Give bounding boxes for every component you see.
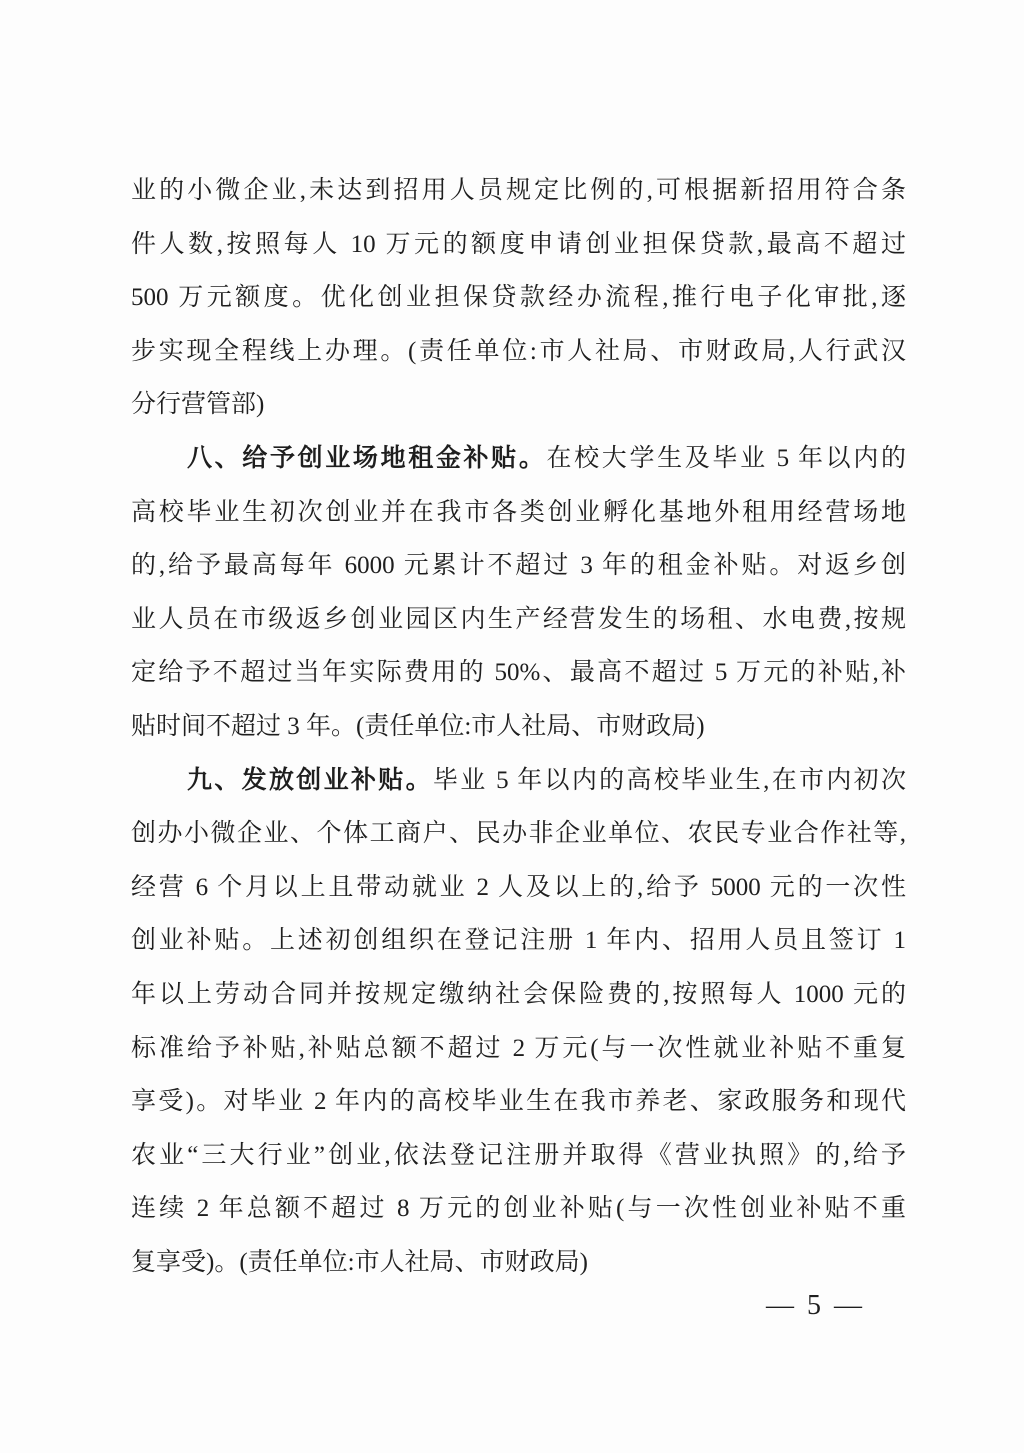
text-line: 步实现全程线上办理。(责任单位:市人社局、市财政局,人行武汉 [131, 325, 906, 379]
body-text-segment: 农业“三大行业”创业,依法登记注册并取得《营业执照》的,给予 [131, 1142, 906, 1169]
body-text-segment: 毕业 5 年以内的高校毕业生,在市内初次 [433, 767, 906, 794]
text-line: 年以上劳动合同并按规定缴纳社会保险费的,按照每人 1000 元的 [131, 968, 906, 1022]
text-line: 享受)。对毕业 2 年内的高校毕业生在我市养老、家政服务和现代 [131, 1075, 906, 1129]
text-line: 贴时间不超过 3 年。(责任单位:市人社局、市财政局) [131, 700, 906, 754]
body-text-segment: 高校毕业生初次创业并在我市各类创业孵化基地外租用经营场地 [131, 499, 906, 526]
body-text-segment: 业人员在市级返乡创业园区内生产经营发生的场租、水电费,按规 [131, 606, 906, 633]
text-line: 创办小微企业、个体工商户、民办非企业单位、农民专业合作社等, [131, 807, 906, 861]
text-line: 高校毕业生初次创业并在我市各类创业孵化基地外租用经营场地 [131, 486, 906, 540]
text-line: 九、发放创业补贴。毕业 5 年以内的高校毕业生,在市内初次 [131, 754, 906, 808]
text-line: 复享受)。(责任单位:市人社局、市财政局) [131, 1236, 906, 1290]
body-text-segment: 创办小微企业、个体工商户、民办非企业单位、农民专业合作社等, [131, 820, 906, 847]
body-text-segment: 500 万元额度。优化创业担保贷款经办流程,推行电子化审批,逐 [131, 284, 906, 311]
text-line: 件人数,按照每人 10 万元的额度申请创业担保贷款,最高不超过 [131, 218, 906, 272]
text-line: 标准给予补贴,补贴总额不超过 2 万元(与一次性就业补贴不重复 [131, 1022, 906, 1076]
text-line: 经营 6 个月以上且带动就业 2 人及以上的,给予 5000 元的一次性 [131, 861, 906, 915]
document-page: 业的小微企业,未达到招用人员规定比例的,可根据新招用符合条件人数,按照每人 10… [0, 0, 1024, 1453]
text-line: 业人员在市级返乡创业园区内生产经营发生的场租、水电费,按规 [131, 593, 906, 647]
section-heading: 八、给予创业场地租金补贴。 [187, 444, 547, 472]
text-line: 业的小微企业,未达到招用人员规定比例的,可根据新招用符合条 [131, 164, 906, 218]
section-heading: 九、发放创业补贴。 [187, 766, 433, 794]
body-text-segment: 业的小微企业,未达到招用人员规定比例的,可根据新招用符合条 [131, 177, 906, 204]
text-line: 500 万元额度。优化创业担保贷款经办流程,推行电子化审批,逐 [131, 271, 906, 325]
text-line: 分行营管部) [131, 378, 906, 432]
text-line: 连续 2 年总额不超过 8 万元的创业补贴(与一次性创业补贴不重 [131, 1182, 906, 1236]
text-line: 的,给予最高每年 6000 元累计不超过 3 年的租金补贴。对返乡创 [131, 539, 906, 593]
body-text-segment: 享受)。对毕业 2 年内的高校毕业生在我市养老、家政服务和现代 [131, 1088, 906, 1115]
body-text-segment: 复享受)。(责任单位:市人社局、市财政局) [131, 1249, 588, 1276]
body-text-segment: 的,给予最高每年 6000 元累计不超过 3 年的租金补贴。对返乡创 [131, 552, 906, 579]
body-text-segment: 件人数,按照每人 10 万元的额度申请创业担保贷款,最高不超过 [131, 231, 906, 258]
body-text-segment: 定给予不超过当年实际费用的 50%、最高不超过 5 万元的补贴,补 [131, 659, 906, 686]
text-line: 农业“三大行业”创业,依法登记注册并取得《营业执照》的,给予 [131, 1129, 906, 1183]
body-text-segment: 步实现全程线上办理。(责任单位:市人社局、市财政局,人行武汉 [131, 338, 906, 365]
body-text-segment: 连续 2 年总额不超过 8 万元的创业补贴(与一次性创业补贴不重 [131, 1195, 906, 1222]
text-line: 八、给予创业场地租金补贴。在校大学生及毕业 5 年以内的 [131, 432, 906, 486]
document-body: 业的小微企业,未达到招用人员规定比例的,可根据新招用符合条件人数,按照每人 10… [131, 164, 906, 1289]
text-line: 创业补贴。上述初创组织在登记注册 1 年内、招用人员且签订 1 [131, 914, 906, 968]
page-number: — 5 — [764, 1288, 864, 1324]
body-text-segment: 创业补贴。上述初创组织在登记注册 1 年内、招用人员且签订 1 [131, 927, 906, 954]
body-text-segment: 经营 6 个月以上且带动就业 2 人及以上的,给予 5000 元的一次性 [131, 874, 906, 901]
body-text-segment: 年以上劳动合同并按规定缴纳社会保险费的,按照每人 1000 元的 [131, 981, 906, 1008]
body-text-segment: 在校大学生及毕业 5 年以内的 [547, 445, 907, 472]
body-text-segment: 标准给予补贴,补贴总额不超过 2 万元(与一次性就业补贴不重复 [131, 1035, 906, 1062]
body-text-segment: 贴时间不超过 3 年。(责任单位:市人社局、市财政局) [131, 713, 705, 740]
body-text-segment: 分行营管部) [131, 391, 264, 418]
text-line: 定给予不超过当年实际费用的 50%、最高不超过 5 万元的补贴,补 [131, 646, 906, 700]
